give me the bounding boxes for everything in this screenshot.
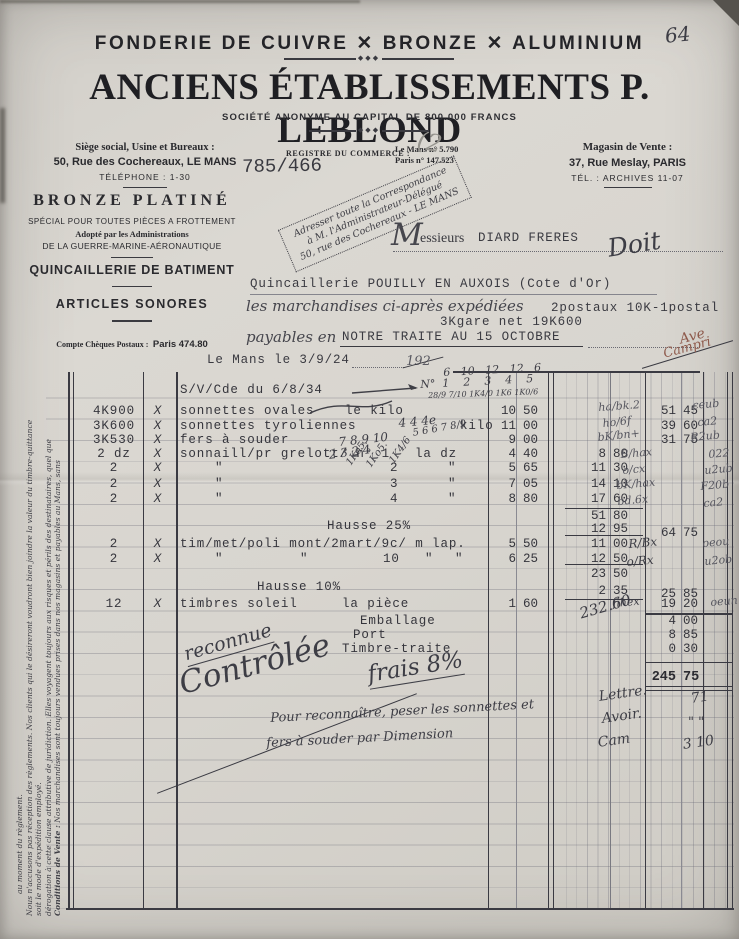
handwritten-annotation: 022 xyxy=(708,447,730,460)
table-qty-cell: 12 xyxy=(88,597,140,611)
table-description-cell: Hausse 25% xyxy=(327,519,411,533)
table-description-cell: " xyxy=(425,552,433,566)
amount-cell: 030 xyxy=(646,642,698,656)
amount-cell: 440 xyxy=(486,447,538,461)
conditions-line: Conditions de Vente : Nos marchandises s… xyxy=(53,371,63,916)
table-description-cell: " xyxy=(448,477,456,491)
handwritten-annotation: oeun xyxy=(710,595,738,608)
table-description-cell: tim/met/poli mont/2mart/9c/ m lap. xyxy=(180,537,466,551)
table-description-cell: " xyxy=(455,552,463,566)
handwritten-annotation: ca2 xyxy=(697,415,718,428)
handwritten-annotation: u2ub xyxy=(704,463,733,476)
table-checkmark-cell: X xyxy=(144,461,172,475)
table-horizontal-rule xyxy=(403,357,444,369)
amount-cell: 5145 xyxy=(646,404,698,418)
table-checkmark-cell: X xyxy=(144,537,172,551)
amount-cell: 1920 xyxy=(646,597,698,611)
amount-cell: 565 xyxy=(486,461,538,475)
table-checkmark-cell: X xyxy=(144,404,172,418)
table-qty-cell: 2 xyxy=(88,552,140,566)
amount-cell: 400 xyxy=(646,614,698,628)
handwritten-annotation: ca2 xyxy=(703,496,724,509)
table-description-cell: 3 xyxy=(390,477,398,491)
table-qty-cell: 2 xyxy=(88,461,140,475)
table-description-cell: Emballage xyxy=(360,614,436,628)
handwritten-annotation: ha/bk.2 xyxy=(598,399,640,413)
amount-cell: 1295 xyxy=(576,522,628,536)
table-description-cell: timbres soleil xyxy=(180,597,298,611)
amount-cell: 160 xyxy=(486,597,538,611)
table-horizontal-rule xyxy=(646,686,732,687)
amount-cell: 885 xyxy=(646,628,698,642)
handwritten-annotation: Doit xyxy=(606,228,662,261)
table-vertical-rule xyxy=(553,372,554,908)
conditions-line: au moment du règlement. xyxy=(15,371,25,894)
amount-cell: 625 xyxy=(486,552,538,566)
table-vertical-rule xyxy=(703,372,704,908)
table-vertical-rule xyxy=(548,372,549,908)
table-checkmark-cell: X xyxy=(144,597,172,611)
table-qty-cell: 2 xyxy=(88,537,140,551)
table-horizontal-rule xyxy=(645,662,733,663)
handwritten-annotation: o/cx xyxy=(622,463,646,476)
handwritten-annotation: 785/466 xyxy=(242,157,322,177)
table-description-cell: " xyxy=(448,492,456,506)
conditions-line: soit le mode d'expédition employé. xyxy=(34,371,44,916)
handwritten-annotation: oeou xyxy=(702,536,730,549)
table-description-cell: " xyxy=(215,552,223,566)
amount-cell: 1250 xyxy=(576,552,628,566)
handwritten-annotation: 3 10 xyxy=(682,734,715,752)
table-qty-cell: 4K900 xyxy=(88,404,140,418)
conditions-sidebar: au moment du règlement. Nous n'accusons … xyxy=(15,371,63,916)
handwritten-annotation: B/hax xyxy=(620,446,652,460)
table-description-cell: " xyxy=(448,461,456,475)
table-description-cell: fers à souder xyxy=(180,433,289,447)
table-checkmark-cell: X xyxy=(144,492,172,506)
table-description-cell: 10 xyxy=(383,552,400,566)
conditions-line: dérogation à cette clause attributive de… xyxy=(44,371,54,916)
handwritten-annotation: 64 xyxy=(664,23,691,46)
amount-cell: 900 xyxy=(486,433,538,447)
table-description-cell: " xyxy=(215,477,223,491)
amount-cell: 1050 xyxy=(486,404,538,418)
handwritten-annotation: o/Rx xyxy=(626,554,654,568)
table-vertical-rule xyxy=(68,372,70,908)
table-checkmark-cell: X xyxy=(144,447,172,461)
table-description-cell: " xyxy=(215,492,223,506)
page-corner-fold xyxy=(713,0,739,26)
amount-cell: 5180 xyxy=(576,509,628,523)
conditions-title: Conditions de Vente : xyxy=(53,825,62,916)
table-description-cell: la dz xyxy=(415,447,457,461)
handwritten-annotation: F20b xyxy=(700,479,730,492)
table-description-cell: Port xyxy=(353,628,387,642)
table-description-cell: sonnettes ovales xyxy=(180,404,314,418)
invoice-page: FONDERIE DE CUIVRE ✕ BRONZE ✕ ALUMINIUM … xyxy=(0,0,739,939)
amount-cell: 2350 xyxy=(576,567,628,581)
amount-cell: 705 xyxy=(486,477,538,491)
handwritten-annotation: u2ob xyxy=(704,554,733,567)
table-horizontal-rule xyxy=(66,908,734,910)
handwritten-annotation: bd.6x xyxy=(617,493,649,507)
amount-cell: 24575 xyxy=(646,670,699,685)
table-checkmark-cell: X xyxy=(144,419,172,433)
table-qty-cell: 3K600 xyxy=(88,419,140,433)
handwritten-annotation: 71 xyxy=(690,690,710,706)
handwritten-annotation: ceub xyxy=(692,398,720,411)
conditions-line: Nous n'accusons pas réception des règlem… xyxy=(25,371,35,916)
amount-cell: 550 xyxy=(486,537,538,551)
conditions-text: Nos marchandises sont toujours vendues p… xyxy=(53,460,62,825)
handwritten-annotation: R2ub xyxy=(690,429,720,443)
table-description-cell: " xyxy=(215,461,223,475)
table-checkmark-cell: X xyxy=(144,552,172,566)
amount-cell: 880 xyxy=(486,492,538,506)
amount-cell: 1100 xyxy=(576,537,628,551)
table-vertical-rule xyxy=(176,372,178,908)
table-description-cell: " xyxy=(300,552,308,566)
table-description-cell: 4 xyxy=(390,492,398,506)
table-qty-cell: 2 dz xyxy=(88,447,140,461)
table-vertical-rule xyxy=(732,372,733,908)
handwritten-annotation: R/Bx xyxy=(628,536,658,550)
amount-cell: 1100 xyxy=(486,419,538,433)
table-checkmark-cell: X xyxy=(144,433,172,447)
table-qty-cell: 2 xyxy=(88,477,140,491)
table-description-cell: Hausse 10% xyxy=(257,580,341,594)
table-checkmark-cell: X xyxy=(144,477,172,491)
handwritten-annotation: (2 xyxy=(415,128,444,157)
table-qty-cell: 3K530 xyxy=(88,433,140,447)
table-description-cell: la pièce xyxy=(342,597,409,611)
handwritten-annotation: " " xyxy=(688,716,704,729)
handwritten-annotation: bK/hax xyxy=(616,477,656,491)
table-vertical-rule xyxy=(73,372,74,908)
table-qty-cell: 2 xyxy=(88,492,140,506)
amount-cell: 1130 xyxy=(576,461,628,475)
